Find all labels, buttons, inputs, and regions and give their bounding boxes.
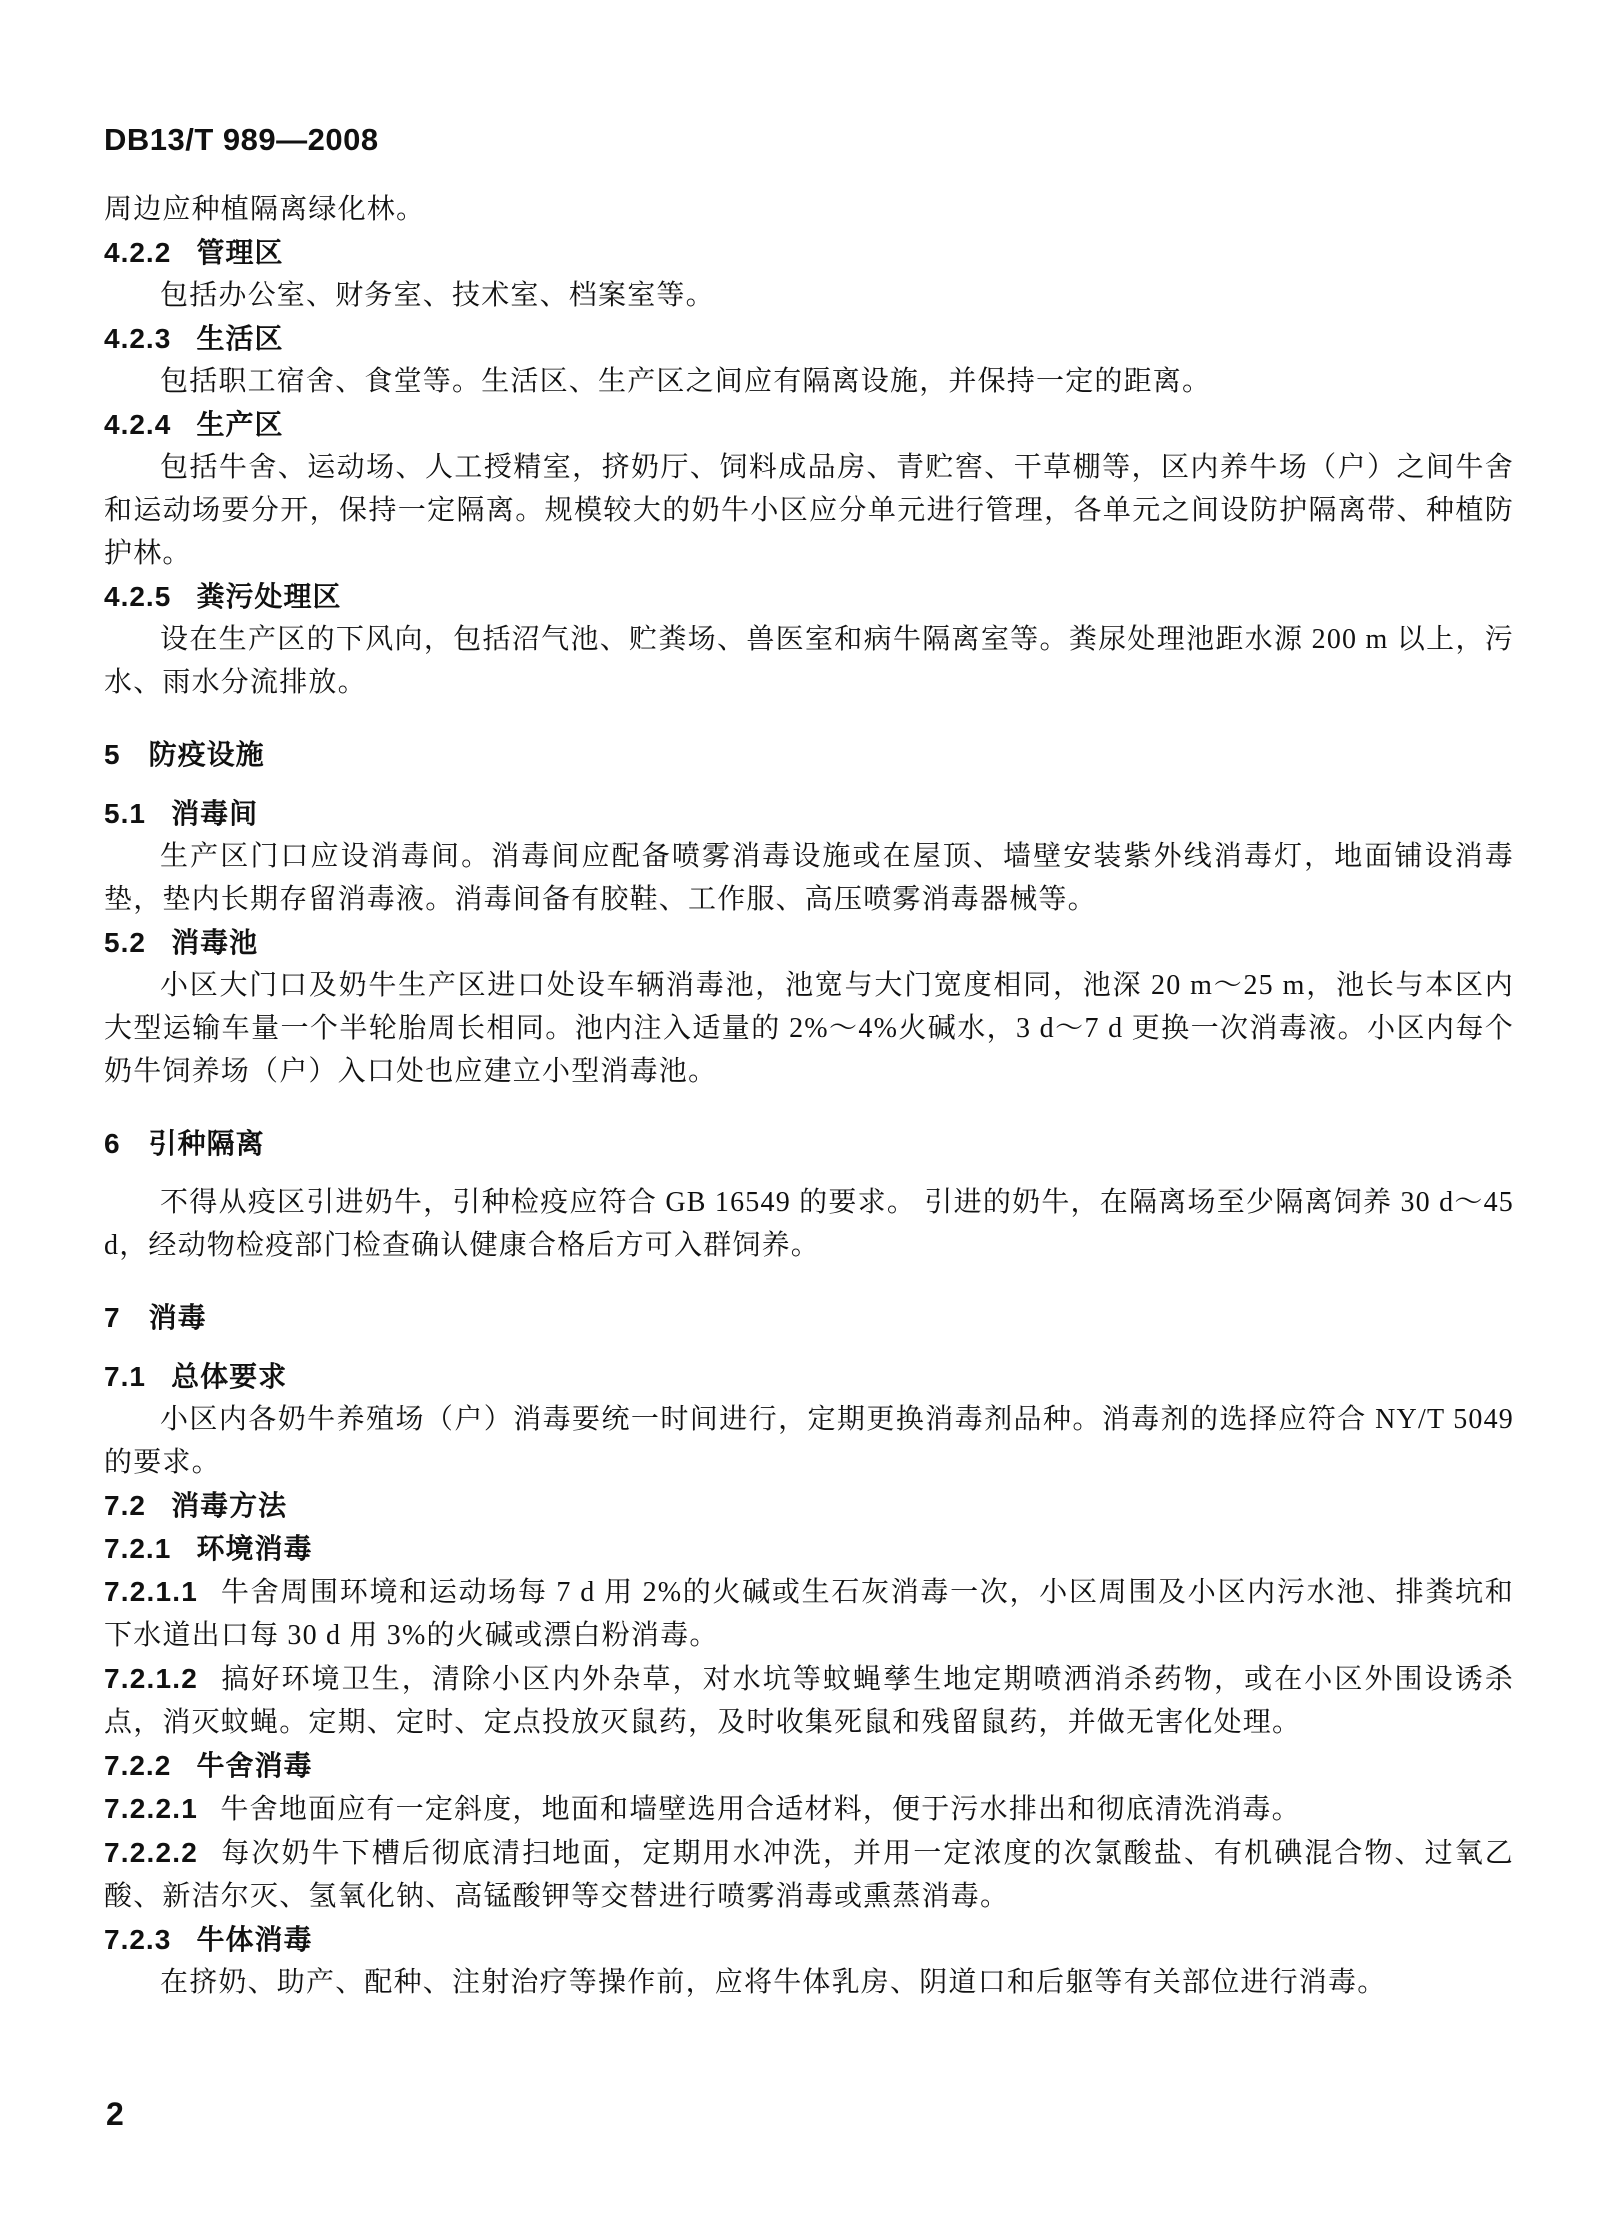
heading-title: 生产区 [196,409,283,440]
section-heading: 4.2.5粪污处理区 [104,575,1514,618]
section-heading: 7.2.2牛舍消毒 [104,1744,1514,1787]
chapter-heading: 5防疫设施 [104,733,1514,776]
paragraph-text: 小区大门口及奶牛生产区进口处设车辆消毒池，池宽与大门宽度相同，池深 20 m～2… [104,970,1514,1087]
section-heading: 4.2.2管理区 [104,231,1514,274]
numbered-paragraph: 7.2.1.2搞好环境卫生，清除小区内外杂草，对水坑等蚊蝇孳生地定期喷洒消杀药物… [104,1657,1514,1744]
document-body: 周边应种植隔离绿化林。4.2.2管理区包括办公室、财务室、技术室、档案室等。4.… [104,188,1514,2004]
heading-title: 消毒 [149,1302,207,1333]
heading-number: 7 [104,1302,121,1333]
paragraph-text: 包括办公室、财务室、技术室、档案室等。 [160,280,715,311]
heading-title: 牛舍消毒 [196,1750,312,1781]
heading-title: 粪污处理区 [196,581,341,612]
clause-number: 7.2.2.1 [104,1793,198,1824]
paragraph-text: 搞好环境卫生，清除小区内外杂草，对水坑等蚊蝇孳生地定期喷洒消杀药物，或在小区外围… [104,1664,1514,1738]
heading-number: 4.2.2 [104,237,171,268]
paragraph-text: 牛舍地面应有一定斜度，地面和墙壁选用合适材料，便于污水排出和彻底清洗消毒。 [220,1794,1300,1825]
paragraph-text: 小区内各奶牛养殖场（户）消毒要统一时间进行，定期更换消毒剂品种。消毒剂的选择应符… [104,1404,1514,1478]
heading-number: 4.2.3 [104,323,171,354]
section-heading: 5.1消毒间 [104,792,1514,835]
section-heading: 5.2消毒池 [104,921,1514,964]
chapter-heading: 7消毒 [104,1296,1514,1339]
section-heading: 7.1总体要求 [104,1355,1514,1398]
heading-number: 5.1 [104,798,146,829]
heading-title: 消毒方法 [171,1490,287,1521]
paragraph: 设在生产区的下风向，包括沼气池、贮粪场、兽医室和病牛隔离室等。粪尿处理池距水源 … [104,618,1514,704]
paragraph-text: 生产区门口应设消毒间。消毒间应配备喷雾消毒设施或在屋顶、墙壁安装紫外线消毒灯，地… [104,841,1514,915]
document-page: DB13/T 989—2008 周边应种植隔离绿化林。4.2.2管理区包括办公室… [0,0,1600,2219]
heading-title: 消毒间 [171,798,258,829]
paragraph: 小区内各奶牛养殖场（户）消毒要统一时间进行，定期更换消毒剂品种。消毒剂的选择应符… [104,1398,1514,1484]
paragraph: 不得从疫区引进奶牛，引种检疫应符合 GB 16549 的要求。 引进的奶牛，在隔… [104,1181,1514,1267]
section-heading: 7.2消毒方法 [104,1484,1514,1527]
heading-number: 7.1 [104,1361,146,1392]
heading-title: 引种隔离 [149,1128,265,1159]
heading-title: 消毒池 [171,927,258,958]
paragraph-text: 设在生产区的下风向，包括沼气池、贮粪场、兽医室和病牛隔离室等。粪尿处理池距水源 … [104,624,1514,698]
section-heading: 7.2.3牛体消毒 [104,1918,1514,1961]
standard-number: DB13/T 989—2008 [104,122,379,158]
paragraph-text: 每次奶牛下槽后彻底清扫地面，定期用水冲洗，并用一定浓度的次氯酸盐、有机碘混合物、… [104,1838,1514,1912]
heading-title: 牛体消毒 [196,1924,312,1955]
clause-number: 7.2.1.1 [104,1576,198,1607]
heading-number: 5 [104,739,121,770]
paragraph: 周边应种植隔离绿化林。 [104,188,1514,231]
heading-title: 总体要求 [171,1361,287,1392]
heading-number: 7.2.1 [104,1533,171,1564]
heading-title: 管理区 [196,237,283,268]
paragraph: 生产区门口应设消毒间。消毒间应配备喷雾消毒设施或在屋顶、墙壁安装紫外线消毒灯，地… [104,835,1514,921]
paragraph: 包括职工宿舍、食堂等。生活区、生产区之间应有隔离设施，并保持一定的距离。 [104,360,1514,403]
heading-number: 5.2 [104,927,146,958]
page-number: 2 [106,2096,124,2133]
paragraph-text: 牛舍周围环境和运动场每 7 d 用 2%的火碱或生石灰消毒一次，小区周围及小区内… [104,1577,1514,1651]
section-heading: 4.2.3生活区 [104,317,1514,360]
paragraph: 包括牛舍、运动场、人工授精室，挤奶厅、饲料成品房、青贮窖、干草棚等，区内养牛场（… [104,446,1514,575]
paragraph-text: 在挤奶、助产、配种、注射治疗等操作前，应将牛体乳房、阴道口和后躯等有关部位进行消… [160,1967,1386,1998]
heading-number: 6 [104,1128,121,1159]
numbered-paragraph: 7.2.1.1牛舍周围环境和运动场每 7 d 用 2%的火碱或生石灰消毒一次，小… [104,1570,1514,1657]
heading-number: 7.2.3 [104,1924,171,1955]
clause-number: 7.2.1.2 [104,1663,198,1694]
heading-title: 环境消毒 [196,1533,312,1564]
paragraph: 包括办公室、财务室、技术室、档案室等。 [104,274,1514,317]
paragraph-text: 周边应种植隔离绿化林。 [104,194,425,225]
heading-number: 7.2 [104,1490,146,1521]
paragraph-text: 不得从疫区引进奶牛，引种检疫应符合 GB 16549 的要求。 引进的奶牛，在隔… [104,1187,1514,1261]
heading-number: 4.2.5 [104,581,171,612]
paragraph-text: 包括职工宿舍、食堂等。生活区、生产区之间应有隔离设施，并保持一定的距离。 [160,366,1211,397]
numbered-paragraph: 7.2.2.1牛舍地面应有一定斜度，地面和墙壁选用合适材料，便于污水排出和彻底清… [104,1787,1514,1831]
heading-title: 防疫设施 [149,739,265,770]
section-heading: 7.2.1环境消毒 [104,1527,1514,1570]
heading-number: 7.2.2 [104,1750,171,1781]
heading-number: 4.2.4 [104,409,171,440]
chapter-heading: 6引种隔离 [104,1122,1514,1165]
numbered-paragraph: 7.2.2.2每次奶牛下槽后彻底清扫地面，定期用水冲洗，并用一定浓度的次氯酸盐、… [104,1831,1514,1918]
paragraph-text: 包括牛舍、运动场、人工授精室，挤奶厅、饲料成品房、青贮窖、干草棚等，区内养牛场（… [104,452,1514,569]
paragraph: 小区大门口及奶牛生产区进口处设车辆消毒池，池宽与大门宽度相同，池深 20 m～2… [104,964,1514,1093]
section-heading: 4.2.4生产区 [104,403,1514,446]
heading-title: 生活区 [196,323,283,354]
clause-number: 7.2.2.2 [104,1837,198,1868]
paragraph: 在挤奶、助产、配种、注射治疗等操作前，应将牛体乳房、阴道口和后躯等有关部位进行消… [104,1961,1514,2004]
